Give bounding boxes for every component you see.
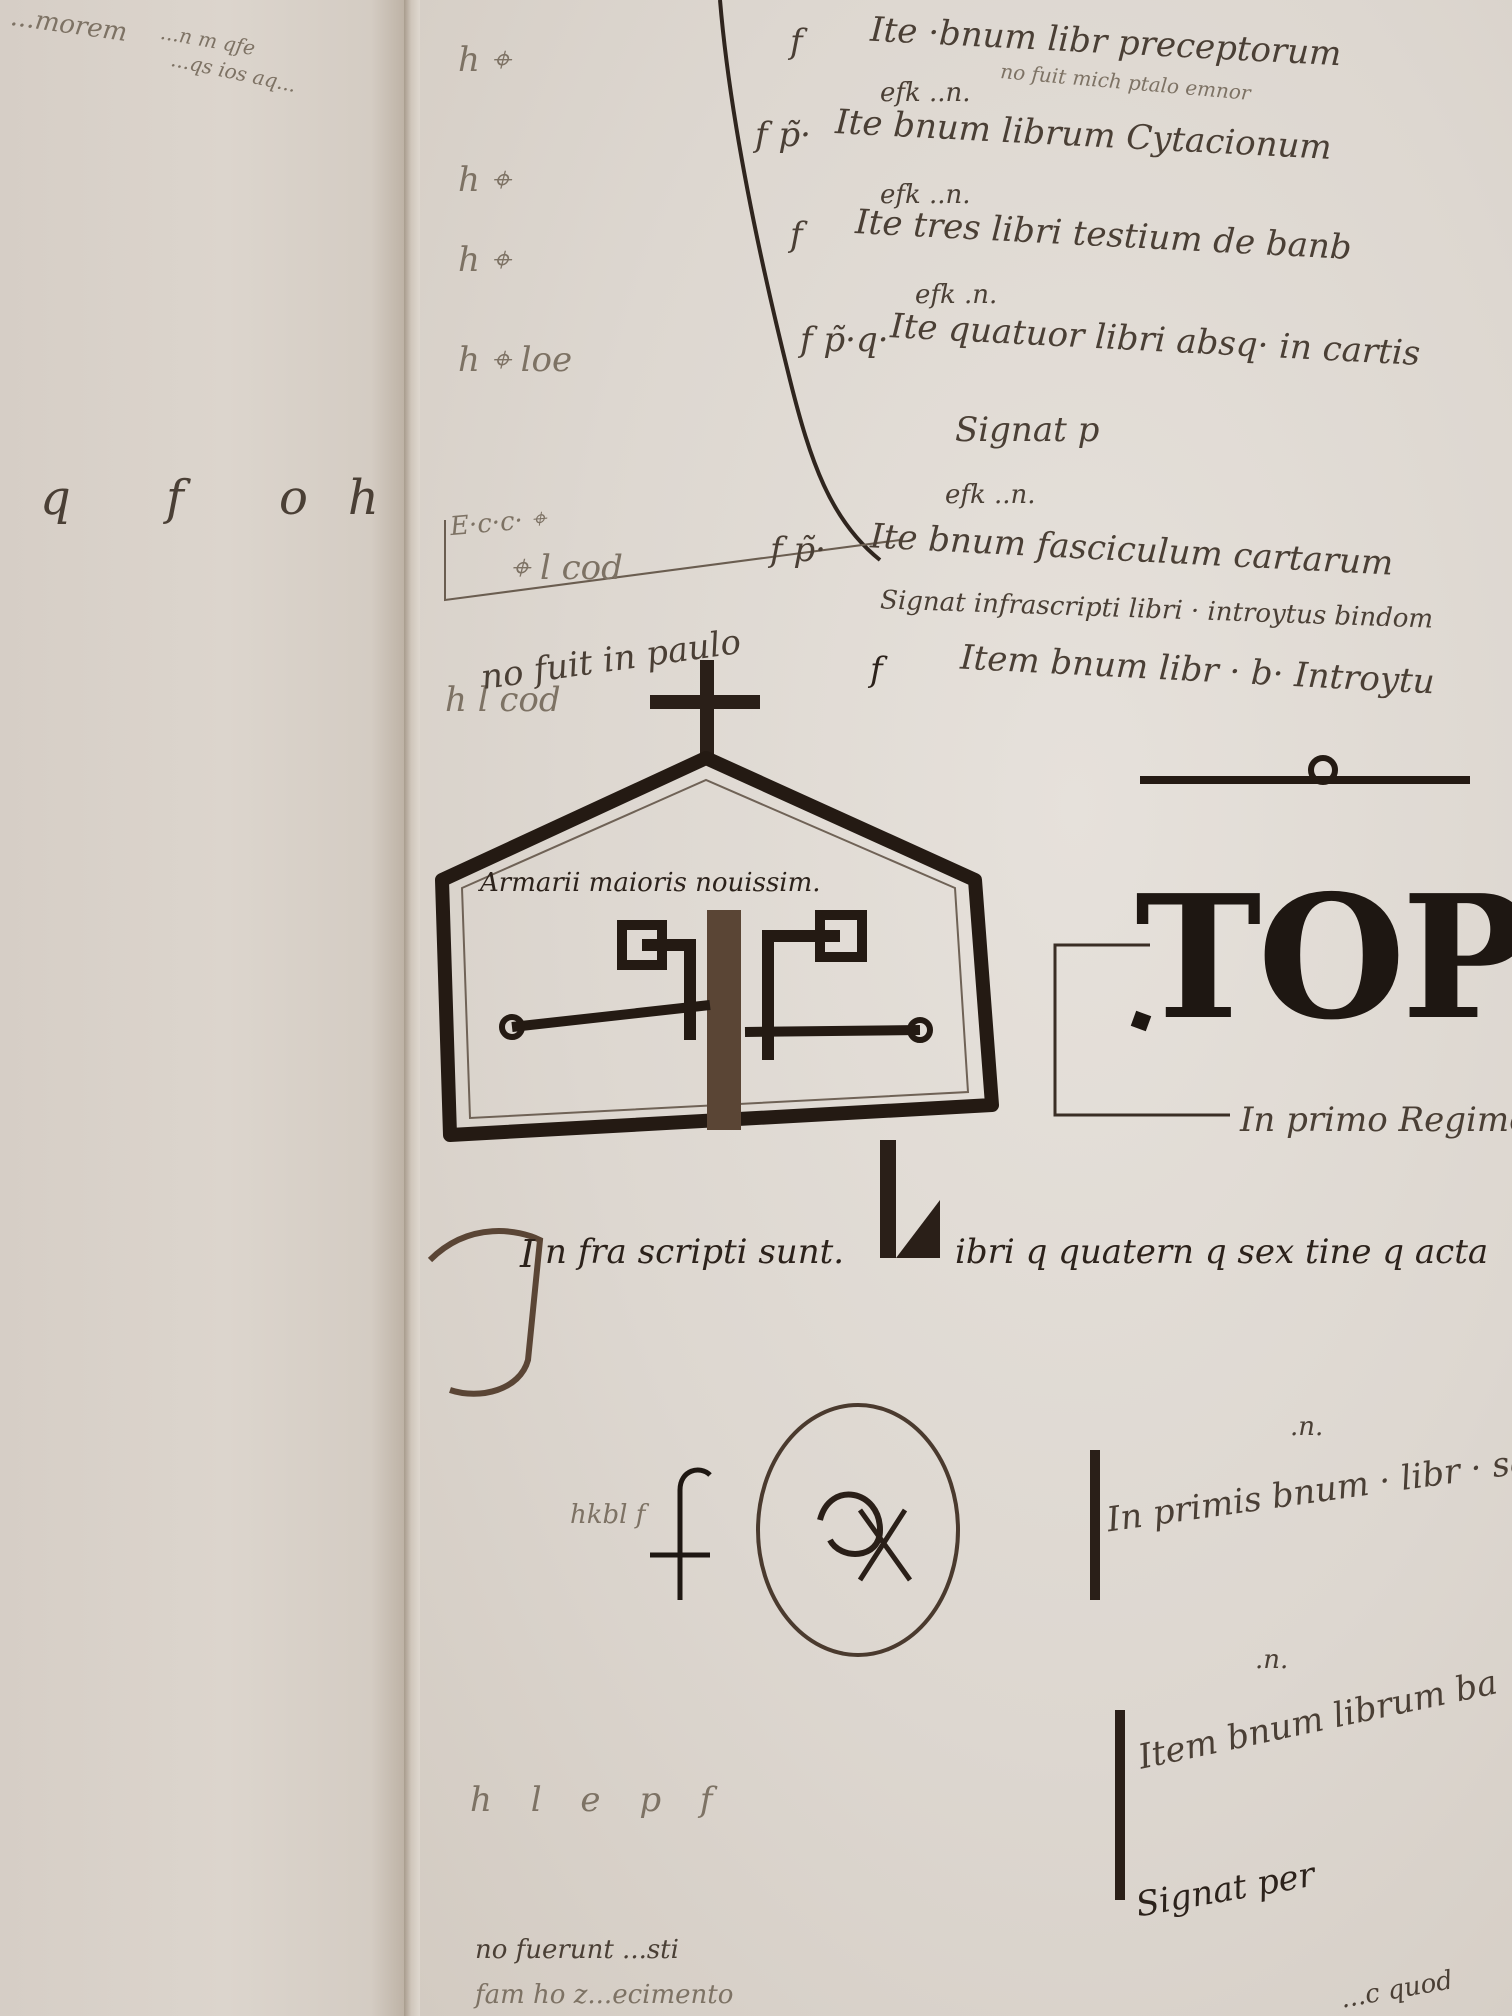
entry-sigla: f — [790, 22, 803, 62]
heading-display: TOPE — [1135, 858, 1512, 1058]
initial-L-icon — [880, 1140, 940, 1258]
entry-note: efk .n. — [915, 280, 997, 310]
entry-sigla: f p̃· — [755, 115, 811, 155]
heading-flourish-icon — [1140, 758, 1470, 782]
left-page-mark: q f oh — [40, 470, 419, 526]
section-initial: I — [520, 1232, 535, 1276]
margin-mark: h ⌖ — [458, 40, 510, 80]
lower-entry-margin: h l e p f — [470, 1780, 726, 1820]
section-text: n fra scripti sunt. — [545, 1232, 844, 1272]
entry-text: Signat p — [955, 410, 1099, 450]
entry-sigla: f p̃· — [770, 530, 826, 570]
margin-mark: h ⌖ — [458, 240, 510, 280]
heading-subline: In primo Regimen — [1240, 1100, 1512, 1140]
section-continuation: ibri q quatern q sex tine q acta — [955, 1232, 1488, 1272]
reliquary-frame-icon — [442, 758, 992, 1135]
margin-rule-curve — [720, 0, 880, 560]
entry-sigla: f p̃·q· — [800, 320, 889, 360]
margin-mark: ⌖ l cod — [510, 548, 623, 588]
f-mark-icon — [650, 1470, 710, 1600]
entry-sigla: f — [870, 650, 883, 690]
lower-entry-text: fam ho z...ecimento — [475, 1980, 733, 2010]
margin-mark: h ⌖ loe — [458, 340, 572, 380]
entry-note: efk ..n. — [945, 480, 1036, 510]
lower-entry-text: no fuerunt ...sti — [475, 1935, 679, 1965]
reliquary-caption: Armarii maioris nouissim. — [480, 868, 821, 898]
lower-entry-note: .n. — [1290, 1412, 1323, 1442]
entry-note: efk ..n. — [880, 78, 971, 108]
lower-entry-margin: hkbl f — [570, 1500, 645, 1530]
cross-finial-icon — [650, 660, 760, 760]
initial-I-bar-icon-2 — [1115, 1710, 1125, 1900]
seal-monogram-icon — [758, 1405, 958, 1655]
lower-entry-note: .n. — [1255, 1645, 1288, 1675]
entry-sigla: f — [790, 215, 803, 255]
margin-mark: h ⌖ — [458, 160, 510, 200]
initial-I-bar-icon — [1090, 1450, 1100, 1600]
